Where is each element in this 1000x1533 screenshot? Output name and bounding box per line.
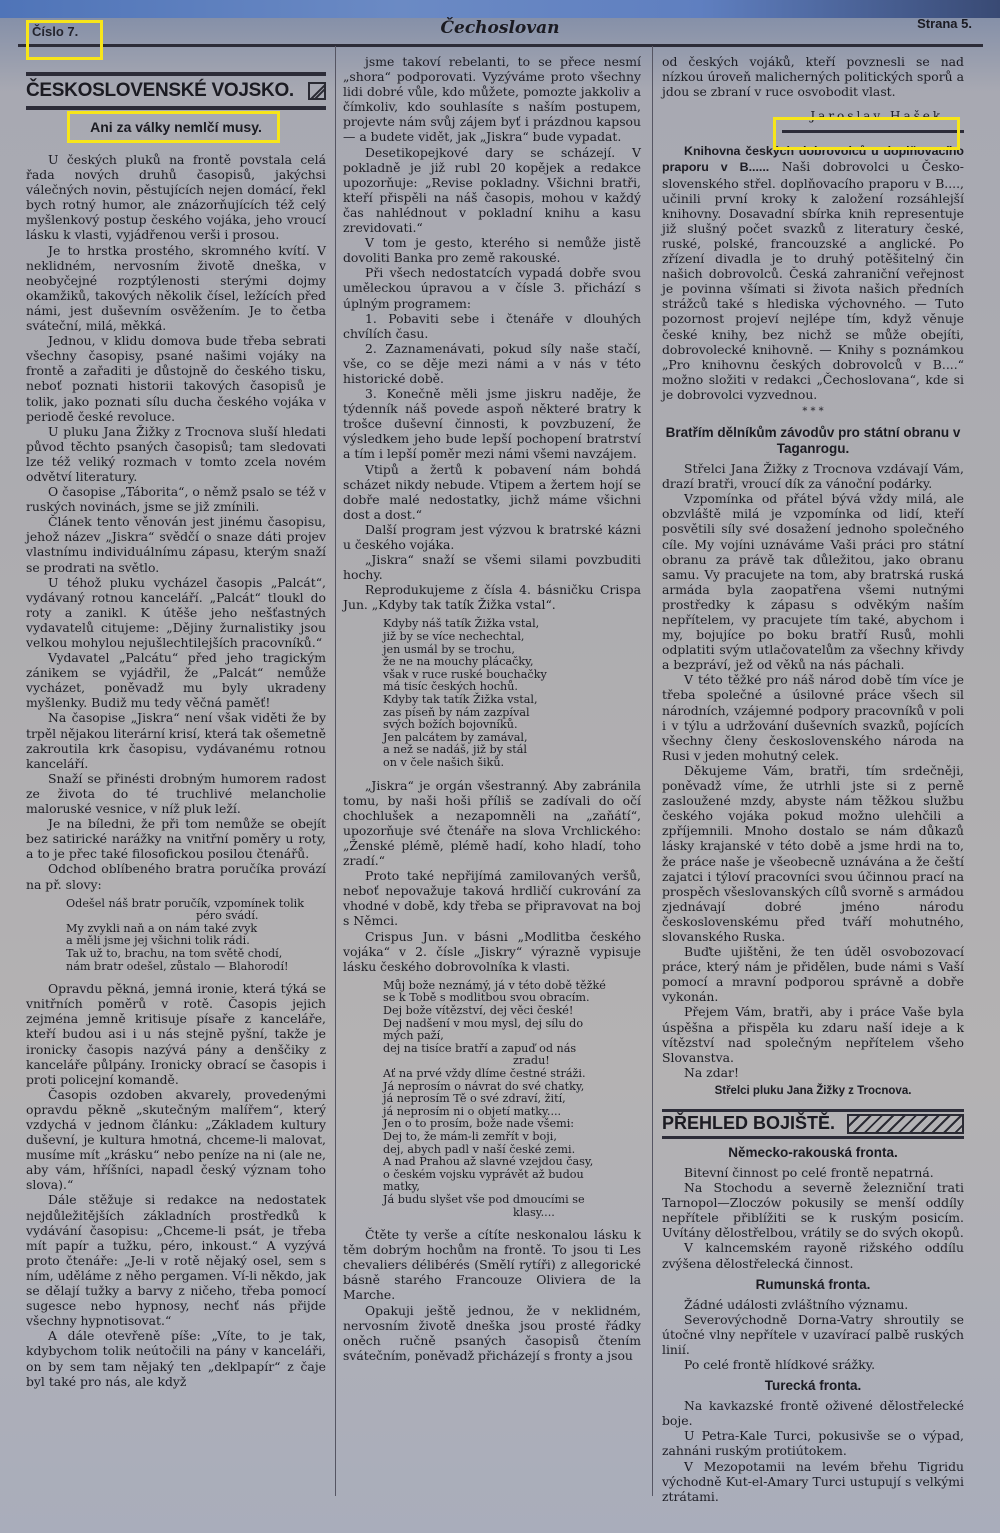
paragraph: Čtěte ty verše a cítíte neskonalou lásku… xyxy=(343,1227,641,1302)
verse-line: on v čele našich šiků. xyxy=(383,757,641,770)
verse-line: již by se více nechechtal, xyxy=(383,631,641,644)
highlight-author xyxy=(773,117,960,150)
paragraph: U pluku Jana Žižky z Trocnova sluší hled… xyxy=(26,424,326,484)
verse-line: Já budu slyšet vše pod dmoucími se xyxy=(383,1194,641,1207)
ornament-icon xyxy=(847,1114,964,1134)
article-continuation: od českých vojáků, kteří povznesli se na… xyxy=(662,54,964,99)
front-heading: Rumunská fronta. xyxy=(662,1277,964,1293)
paragraph: „Jiskra“ je orgán všestranný. Aby zabrán… xyxy=(343,778,641,869)
verse-line: já neprosím Tě o své zdraví, žití, xyxy=(383,1093,641,1106)
paragraph: Proto také nepřijímá zamilovaných veršů,… xyxy=(343,868,641,928)
verse-line: Ať na prvé vždy dlíme čestné stráži. xyxy=(383,1068,641,1081)
verse-line: Dej bože vítězství, dej věci české! xyxy=(383,1005,641,1018)
paragraph: Na časopise „Jiskra“ není však viděti že… xyxy=(26,710,326,770)
letter-body: Střelci Jana Žižky z Trocnova vzdávají V… xyxy=(662,461,964,1080)
verse-line: o českém vojsku vyprávět až budou xyxy=(383,1169,641,1182)
paragraph: V této těžké pro náš národ době tím více… xyxy=(662,672,964,763)
article-body: „Jiskra“ je orgán všestranný. Aby zabrán… xyxy=(343,778,641,974)
highlight-issue-number xyxy=(26,20,103,60)
front-report: V Mezopotamii na levém břehu Tigridu výc… xyxy=(662,1459,964,1504)
front-report: V kalncemském rayoně rižského oddílu zvý… xyxy=(662,1240,964,1270)
masthead-rule xyxy=(18,44,983,47)
paragraph: Další program jest výzvou k bratrské káz… xyxy=(343,522,641,552)
battlefield-title: PŘEHLED BOJIŠTĚ. xyxy=(662,1116,835,1131)
paragraph: A dále otevřeně píše: „Víte, to je tak, … xyxy=(26,1328,326,1388)
library-article: Knihovna českých dobrovolců u doplňovací… xyxy=(662,143,964,402)
verse-line: Dej to, že mám-li zemřít v boji, xyxy=(383,1131,641,1144)
paragraph: jsme takoví rebelanti, to se přece nesmí… xyxy=(343,54,641,145)
column-2: jsme takoví rebelanti, to se přece nesmí… xyxy=(343,54,641,1363)
verse-line: Kdyby tak tatík Žižka vstal, xyxy=(383,694,641,707)
paragraph: Článek tento věnován jest jinému časopis… xyxy=(26,514,326,574)
newspaper-title: Čechoslovan xyxy=(20,18,980,38)
poem-quote: Odešel náš bratr poručík, vzpomínek toli… xyxy=(26,898,326,974)
paragraph: Snaží se přinésti drobným humorem radost… xyxy=(26,771,326,816)
verse-line: klasy.... xyxy=(383,1207,641,1220)
library-article-body: Naši dobrovolci u Česko-slovenského stře… xyxy=(662,159,964,401)
paragraph: V tom je gesto, kterého si nemůže jistě … xyxy=(343,235,641,265)
paragraph: Vydavatel „Palcátu“ před jeho tragickým … xyxy=(26,650,326,710)
paragraph: 2. Zaznamenávati, pokud síly naše stačí,… xyxy=(343,341,641,386)
column-1: U českých pluků na frontě povstala celá … xyxy=(26,152,326,1389)
front-report: Na kavkazské frontě oživené dělostřeleck… xyxy=(662,1398,964,1428)
article-title: Ani za války nemlčí musy. xyxy=(26,108,326,146)
article-body: Čtěte ty verše a cítíte neskonalou lásku… xyxy=(343,1227,641,1363)
paragraph: Vzpomínka od přátel bývá vždy milá, ale … xyxy=(662,491,964,672)
verse-line: svých božích bojovníků. xyxy=(383,719,641,732)
front-report: U Petra-Kale Turci, pokusivše se o výpad… xyxy=(662,1428,964,1458)
paragraph: Desetikopejkové dary se scházejí. V pokl… xyxy=(343,145,641,236)
paragraph: Crispus Jun. v básni „Modlitba českého v… xyxy=(343,929,641,974)
letter-title: Bratřím dělníkům závodův pro státní obra… xyxy=(662,425,964,457)
masthead: Číslo 7. Čechoslovan Strana 5. xyxy=(20,14,980,40)
paragraph: Je to hrstka prostého, skromného kvítí. … xyxy=(26,243,326,334)
battlefield-header: PŘEHLED BOJIŠTĚ. xyxy=(662,1109,964,1139)
paragraph: Časopis ozdoben akvarely, provedenými op… xyxy=(26,1087,326,1193)
paragraph: O časopise „Táborita“, o němž psalo se t… xyxy=(26,484,326,514)
paragraph: „Jiskra“ snaží se všemi silami povzbudit… xyxy=(343,552,641,582)
paragraph: Střelci Jana Žižky z Trocnova vzdávají V… xyxy=(662,461,964,491)
slavic-emblem-icon xyxy=(308,82,326,100)
paragraph: U českých pluků na frontě povstala celá … xyxy=(26,152,326,243)
paragraph: Na zdar! xyxy=(662,1065,964,1080)
paragraph: 3. Konečně měli jsme jiskru naděje, že t… xyxy=(343,386,641,461)
paragraph: Přejem Vám, bratři, aby i práce Vaše byl… xyxy=(662,1004,964,1064)
article-body: Opravdu pěkná, jemná ironie, která týká … xyxy=(26,981,326,1389)
letter-signature: Střelci pluku Jana Žižky z Trocnova. xyxy=(662,1084,964,1099)
article-body: jsme takoví rebelanti, to se přece nesmí… xyxy=(343,54,641,612)
separator-stars: * * * xyxy=(662,404,964,419)
verse-line: nám bratr odešel, zůstalo — Blahorodí! xyxy=(66,961,326,974)
battlefield-reports: Německo-rakouská fronta.Bitevní činnost … xyxy=(662,1145,964,1504)
paragraph: Při všech nedostatcích vypadá dobře svou… xyxy=(343,265,641,310)
paragraph: Děkujeme Vám, bratři, tím srdečněji, pon… xyxy=(662,763,964,944)
paragraph: Odchod oblíbeného bratra poručíka prováz… xyxy=(26,861,326,891)
front-heading: Turecká fronta. xyxy=(662,1378,964,1394)
paragraph: Je na bíledni, že při tom nemůže se obej… xyxy=(26,816,326,861)
paragraph: Dále stěžuje si redakce na nedostatek ne… xyxy=(26,1192,326,1328)
page-number: Strana 5. xyxy=(917,16,972,31)
column-3: od českých vojáků, kteří povznesli se na… xyxy=(662,54,964,1504)
poem-modlitba-ceskeho-vojaka: Můj bože neznámý, já v této době těžkése… xyxy=(343,980,641,1219)
column-divider xyxy=(652,46,653,1496)
paragraph: Jednou, v klidu domova bude třeba sebrat… xyxy=(26,333,326,424)
paragraph: 1. Pobaviti sebe i čtenáře v dlouhých ch… xyxy=(343,311,641,341)
article-body: U českých pluků na frontě povstala celá … xyxy=(26,152,326,892)
paragraph: Reprodukujeme z čísla 4. básničku Crispa… xyxy=(343,582,641,612)
verse-line: mých paží, xyxy=(383,1030,641,1043)
front-report: Žádné události zvláštního významu. xyxy=(662,1297,964,1312)
front-report: Na Stochodu a severně železniční trati T… xyxy=(662,1180,964,1240)
section-title: ČESKOSLOVENSKÉ VOJSKO. xyxy=(26,80,294,102)
poem-kdyby-tak-tatik-zizka-vstal: Kdyby náš tatík Žižka vstal,již by se ví… xyxy=(343,618,641,769)
verse-line: A nad Prahou až slavné vzejdou časy, xyxy=(383,1156,641,1169)
column-divider xyxy=(335,46,336,1496)
verse-line: že ne na mouchy plácačky, xyxy=(383,656,641,669)
verse-line: péro svádí. xyxy=(66,910,326,923)
front-report: Severovýchodně Dorna-Vatry shroutily se … xyxy=(662,1312,964,1357)
verse-line: Tak už to, brachu, na tom světě chodí, xyxy=(66,948,326,961)
verse-line: dej na tisíce bratří a zapuď od nás xyxy=(383,1043,641,1056)
front-heading: Německo-rakouská fronta. xyxy=(662,1145,964,1161)
paragraph: Vtipů a žertů k pobavení nám bohdá scház… xyxy=(343,462,641,522)
paragraph: Opravdu pěkná, jemná ironie, která týká … xyxy=(26,981,326,1087)
section-rule xyxy=(26,72,326,76)
paragraph: Buďte ujištěni, že ten úděl osvobozovací… xyxy=(662,944,964,1004)
paragraph: U téhož pluku vycházel časopis „Palcát“,… xyxy=(26,575,326,650)
paragraph: Opakuji ještě jednou, že v neklidném, ne… xyxy=(343,1303,641,1363)
front-report: Bitevní činnost po celé frontě nepatrná. xyxy=(662,1165,964,1180)
front-report: Po celé frontě hlídkové srážky. xyxy=(662,1357,964,1372)
